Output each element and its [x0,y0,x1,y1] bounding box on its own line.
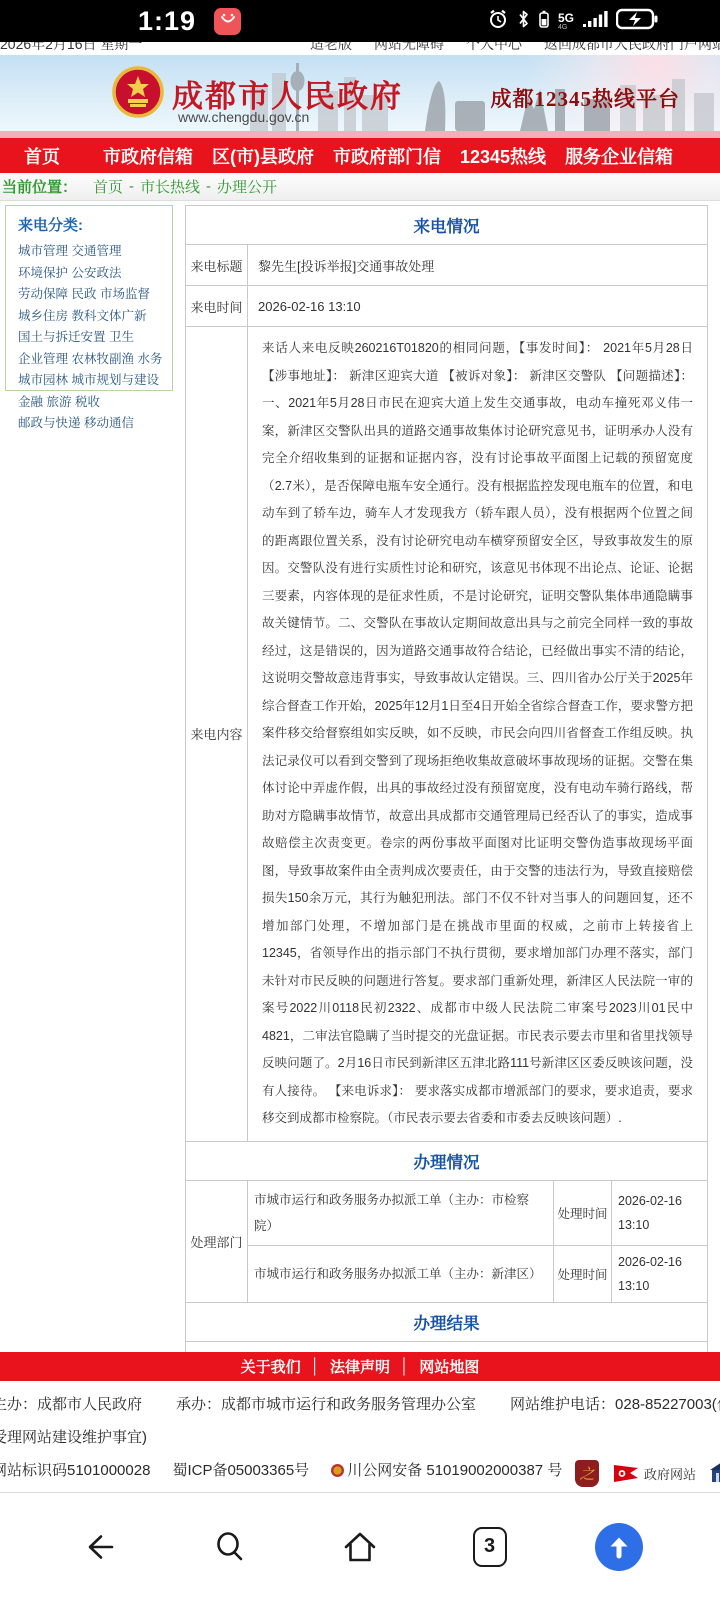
sidebar-category[interactable]: 民政 [72,287,97,301]
nav-item[interactable]: 12345热线 [460,143,546,169]
footer-badges: 之 政府网站 [575,1460,720,1487]
footer-link-separator: │ [311,1358,320,1375]
signal-bars-icon [582,9,608,34]
sidebar-category[interactable]: 市场监督 [100,287,150,301]
browser-toolbar: 3 [0,1492,720,1600]
sidebar-category[interactable]: 城乡住房 [18,309,68,323]
call-title-label: 来电标题 [186,245,248,286]
section-call-info: 来电情况 [186,206,708,245]
result-status: 正在办理中 [186,1341,708,1352]
network-type-indicator: 5G4G [558,12,574,31]
footer-link[interactable]: 网站地图 [419,1356,479,1377]
sidebar-category-line: 金融 旅游 税收 [18,392,173,414]
search-button[interactable] [206,1523,254,1571]
breadcrumb: 当前位置： 首页-市长热线-办理公开 [0,173,720,201]
footer-nav-bar: 关于我们│法律声明│网站地图 [0,1352,720,1381]
tabs-button[interactable]: 3 [466,1523,514,1571]
call-detail-table: 来电情况 来电标题 黎先生[投诉举报]交通事故处理 来电时间 2026-02-1… [185,205,708,1352]
call-time-value: 2026-02-16 13:10 [248,286,708,327]
handling-dept-2: 市城市运行和政务服务办拟派工单（主办：新津区） [248,1245,554,1302]
police-badge-icon [331,1464,344,1477]
breadcrumb-items: 首页-市长热线-办理公开 [91,176,279,197]
top-link[interactable]: 适老版 [310,42,352,54]
handling-dept-label: 处理部门 [186,1180,248,1302]
handling-time-2: 2026-02-16 13:10 [612,1245,708,1302]
home-button[interactable] [336,1523,384,1571]
handling-time-label-2: 处理时间 [554,1245,612,1302]
nav-item[interactable]: 市政府信箱 [103,143,193,169]
status-icons: 5G4G [487,0,658,42]
up-arrow-icon [606,1534,632,1560]
sidebar-category-line: 国土与拆迁安置 卫生 [18,327,173,349]
red-flag-icon [613,1464,639,1484]
sidebar-category[interactable]: 环境保护 [18,266,68,280]
sidebar-category-line: 邮政与快递 移动通信 [18,413,173,435]
handling-time-label-1: 处理时间 [554,1180,612,1245]
alarm-icon [487,8,509,35]
sidebar-category[interactable]: 水务 [138,352,163,366]
top-links: 适老版网站无障碍个人中心返回成都市人民政府门户网站 [310,42,720,54]
top-link[interactable]: 返回成都市人民政府门户网站 [544,42,720,54]
footer-host: 主办：成都市人民政府 [0,1396,142,1413]
page-date: 2026年2月16日 星期一 [0,42,142,54]
gov-site-label: 政府网站 [644,1464,696,1483]
call-content-label: 来电内容 [186,327,248,1142]
battery-charging-icon [616,7,658,36]
clock-time: 1:19 [138,6,196,37]
site-url: www.chengdu.gov.cn [178,109,309,125]
back-button[interactable] [77,1523,125,1571]
sidebar: 来电分类: 城市管理 交通管理环境保护 公安政法劳动保障 民政 市场监督城乡住房… [5,205,173,435]
gov-building-icon[interactable] [710,1460,720,1487]
call-time-label: 来电时间 [186,286,248,327]
sidebar-category-line: 劳动保障 民政 市场监督 [18,284,173,306]
gov-site-logo[interactable]: 政府网站 [613,1464,696,1484]
footer-link[interactable]: 关于我们 [241,1356,301,1377]
sidebar-category[interactable]: 卫生 [109,330,134,344]
scroll-top-button[interactable] [595,1523,643,1571]
main-content: 来电分类: 城市管理 交通管理环境保护 公安政法劳动保障 民政 市场监督城乡住房… [0,202,720,1352]
bluetooth-icon [517,9,530,34]
sidebar-category[interactable]: 教科文体广新 [72,309,147,323]
breadcrumb-link[interactable]: 首页 [93,176,123,197]
footer-line-1: 主办：成都市人民政府承办：成都市城市运行和政务服务管理办公室网站维护电话：028… [0,1393,720,1414]
section-result: 办理结果 [186,1302,708,1341]
sidebar-category[interactable]: 国土与拆迁安置 [18,330,106,344]
footer-line-2: 受理网站建设维护事宜) [0,1426,720,1447]
sidebar-category-list: 城市管理 交通管理环境保护 公安政法劳动保障 民政 市场监督城乡住房 教科文体广… [18,241,173,435]
sidebar-category-line: 城市园林 城市规划与建设 [18,370,173,392]
sidebar-category[interactable]: 邮政与快递 [18,416,81,430]
tab-count: 3 [473,1527,507,1567]
nav-item[interactable]: 市政府部门信 [333,143,441,169]
nav-item[interactable]: 区(市)县政府 [212,143,314,169]
footer-links: 关于我们│法律声明│网站地图 [241,1356,480,1377]
footer-site-id: 网站标识码5101000028 [0,1462,150,1479]
sidebar-category[interactable]: 移动通信 [84,416,134,430]
battery-small-icon [538,9,550,34]
handling-time-1: 2026-02-16 13:10 [612,1180,708,1245]
sidebar-category[interactable]: 企业管理 [18,352,68,366]
footer-icp[interactable]: 蜀ICP备05003365号 [172,1462,309,1479]
status-bar: 1:19 5G4G [0,0,720,42]
breadcrumb-separator: - [206,178,211,195]
sidebar-category-line: 环境保护 公安政法 [18,263,173,285]
banner-bottom-strip [0,131,720,138]
sidebar-category[interactable]: 城市规划与建设 [72,373,160,387]
top-link[interactable]: 个人中心 [466,42,522,54]
sidebar-category-line: 城市管理 交通管理 [18,241,173,263]
gov-seal-icon[interactable]: 之 [575,1460,599,1487]
sidebar-category[interactable]: 旅游 [47,395,72,409]
sidebar-category[interactable]: 公安政法 [72,266,122,280]
sidebar-category[interactable]: 税收 [75,395,100,409]
sidebar-category-line: 城乡住房 教科文体广新 [18,306,173,328]
breadcrumb-link[interactable]: 办理公开 [217,176,277,197]
national-emblem-icon [112,63,164,126]
call-title-value: 黎先生[投诉举报]交通事故处理 [248,245,708,286]
page: { "colors": { "primary_red": "#e8131d", … [0,0,720,1600]
sidebar-category[interactable]: 劳动保障 [18,287,68,301]
footer-organizer: 承办：成都市城市运行和政务服务管理办公室 [176,1396,476,1413]
sidebar-category[interactable]: 城市园林 [18,373,68,387]
appgallery-icon [214,8,241,35]
handling-dept-1: 市城市运行和政务服务办拟派工单（主办：市检察院） [248,1180,554,1245]
nav-item[interactable]: 首页 [24,143,60,169]
breadcrumb-label: 当前位置： [2,176,77,197]
main-nav: 首页市政府信箱区(市)县政府市政府部门信12345热线服务企业信箱 [0,138,720,173]
breadcrumb-separator: - [129,178,134,195]
nav-item[interactable]: 服务企业信箱 [565,143,673,169]
sidebar-category-line: 企业管理 农林牧副渔 水务 [18,349,173,371]
section-handling: 办理情况 [186,1141,708,1180]
footer-link[interactable]: 法律声明 [330,1356,390,1377]
footer-police[interactable]: 川公网安备 51019002000387 号 [347,1462,562,1479]
top-link[interactable]: 网站无障碍 [374,42,444,54]
site-banner: 成都市人民政府 www.chengdu.gov.cn 成都12345热线平台 [0,55,720,131]
sidebar-category[interactable]: 交通管理 [72,244,122,258]
sidebar-category[interactable]: 城市管理 [18,244,68,258]
top-link-strip: 2026年2月16日 星期一 适老版网站无障碍个人中心返回成都市人民政府门户网站 [0,42,720,55]
sidebar-category[interactable]: 农林牧副渔 [72,352,135,366]
breadcrumb-link[interactable]: 市长热线 [140,176,200,197]
sidebar-category[interactable]: 金融 [18,395,43,409]
footer-phone: 网站维护电话：028-85227003(仅 [510,1396,720,1413]
footer-link-separator: │ [400,1358,409,1375]
hotline-platform-title: 成都12345热线平台 [491,83,681,113]
footer-phone-cont: 受理网站建设维护事宜) [0,1429,147,1446]
call-content-value: 来话人来电反映260216T01820的相同问题，【事发时间】： 2021年5月… [248,327,708,1142]
sidebar-title: 来电分类: [18,214,173,235]
